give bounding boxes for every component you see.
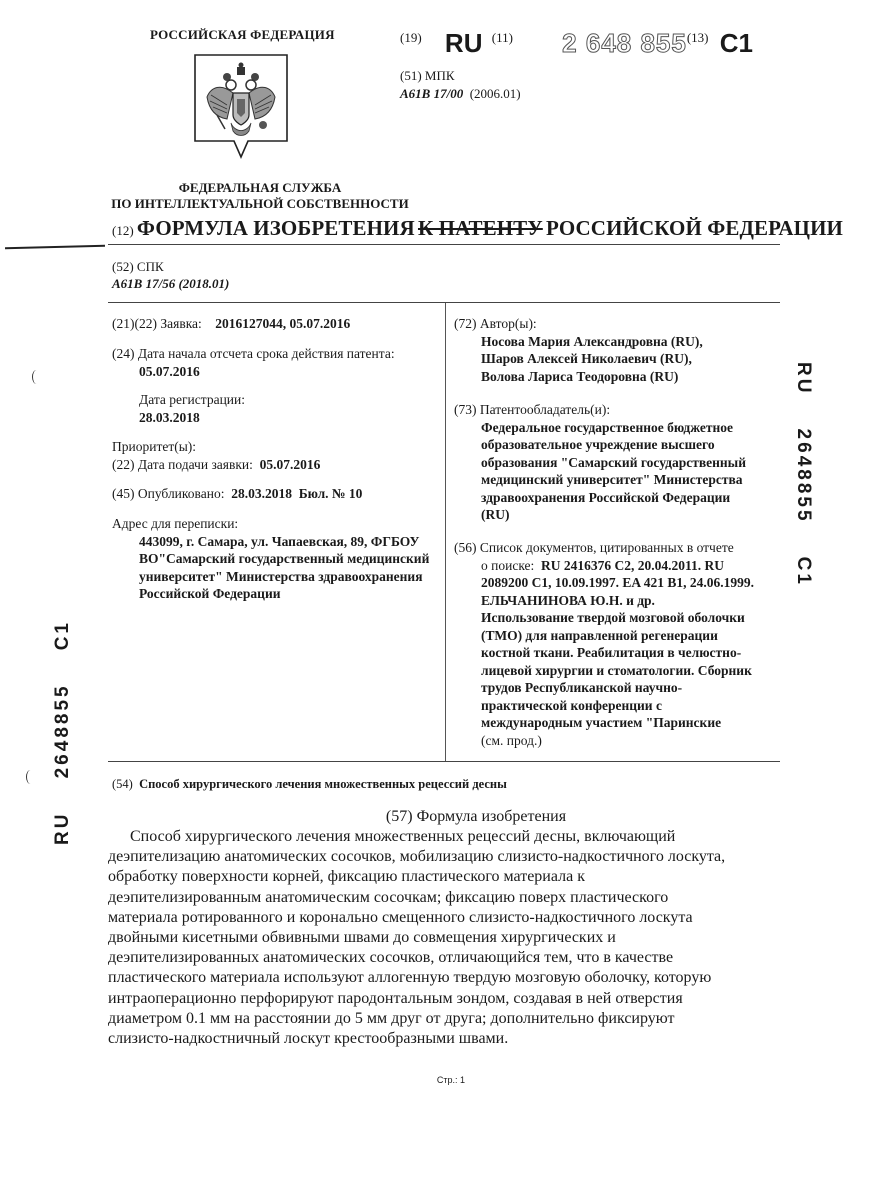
citation-line: международным участием "Паринские: [454, 714, 754, 732]
invention-title-text: Способ хирургического лечения множествен…: [139, 777, 507, 791]
code-19: (19): [400, 30, 422, 45]
coat-of-arms-icon: [193, 53, 289, 159]
claim-line: Способ хирургического лечения множествен…: [108, 827, 768, 847]
claim-line: материала ротированного и коронально сме…: [108, 908, 768, 928]
doc-type-part1: ФОРМУЛА ИЗОБРЕТЕНИЯ: [137, 216, 415, 240]
cpc-block: (52) СПК A61B 17/56 (2018.01): [112, 258, 229, 292]
citation-line: Использование твердой мозговой оболочки: [454, 609, 754, 627]
code-11: (11): [492, 30, 513, 45]
claim-line: двойными кисетными обвивными швами до со…: [108, 928, 768, 948]
page-number: Стр.: 1: [0, 1075, 872, 1085]
scan-artifact: [32, 370, 41, 384]
address-field: Адрес для переписки: 443099, г. Самара, …: [112, 515, 429, 603]
claim-line: интраоперационно перфорируют пародонталь…: [108, 989, 768, 1009]
divider: [108, 244, 780, 245]
patent-number-row: (19) RU (11) 2 648 855(13) C1: [400, 28, 753, 59]
country-name: РОССИЙСКАЯ ФЕДЕРАЦИЯ: [150, 27, 335, 43]
author-name: Волова Лариса Теодоровна (RU): [454, 368, 703, 386]
holder-line: образования "Самарский государственный: [454, 454, 746, 472]
claims-heading: (57) Формула изобретения: [0, 808, 872, 826]
scan-artifact-line: [5, 245, 105, 249]
citation-line: практической конференции с: [454, 697, 754, 715]
priority-value: 05.07.2016: [260, 457, 321, 472]
ipc-block: (51) МПК A61B 17/00 (2006.01): [400, 67, 521, 103]
citation-line: трудов Республиканской научно-: [454, 679, 754, 697]
term-start-field: (24) Дата начала отсчета срока действия …: [112, 345, 395, 380]
address-line: Российской Федерации: [112, 585, 429, 603]
claim-line: деэпителизированным анатомическим сосочк…: [108, 888, 768, 908]
application-field: (21)(22) Заявка: 2016127044, 05.07.2016: [112, 315, 350, 333]
claim-line: деэпителизацию анатомических сосочков, м…: [108, 847, 768, 867]
claim-line: пластического материала используют аллог…: [108, 968, 768, 988]
margin-patent-code-right: RU 2648855 C1: [792, 362, 814, 587]
application-value: 2016127044, 05.07.2016: [215, 316, 350, 331]
doc-type-part2: РОССИЙСКОЙ ФЕДЕРАЦИИ: [546, 216, 843, 240]
ipc-class: A61B 17/00: [400, 86, 463, 101]
citation-line: (ТМО) для направленной регенерации: [454, 627, 754, 645]
citation-line: 2089200 C1, 10.09.1997. EA 421 B1, 24.06…: [454, 574, 754, 592]
holder-field: (73) Патентообладатель(и): Федеральное г…: [454, 401, 746, 524]
claims-body: Способ хирургического лечения множествен…: [108, 827, 768, 1049]
author-name: Носова Мария Александровна (RU),: [454, 333, 703, 351]
claim-line: обработку поверхности корней, фиксацию п…: [108, 867, 768, 887]
citation-line: RU 2416376 C2, 20.04.2011. RU: [541, 558, 724, 573]
country-code: RU: [445, 28, 483, 58]
document-type: (12) ФОРМУЛА ИЗОБРЕТЕНИЯ К ПАТЕНТУ РОССИ…: [112, 216, 843, 241]
ipc-label: (51) МПК: [400, 67, 521, 85]
column-divider: [445, 303, 446, 761]
divider: [108, 302, 780, 303]
agency-name: ФЕДЕРАЛЬНАЯ СЛУЖБА ПО ИНТЕЛЛЕКТУАЛЬНОЙ С…: [95, 180, 425, 212]
address-line: университет" Министерства здравоохранени…: [112, 568, 429, 586]
published-field: (45) Опубликовано: 28.03.2018 Бюл. № 10: [112, 485, 362, 503]
holder-line: Федеральное государственное бюджетное: [454, 419, 746, 437]
term-start-value: 05.07.2016: [112, 363, 395, 381]
citation-line: костной ткани. Реабилитация в челюстно-: [454, 644, 754, 662]
holder-line: здравоохранения Российской Федерации: [454, 489, 746, 507]
agency-line-1: ФЕДЕРАЛЬНАЯ СЛУЖБА: [95, 180, 425, 196]
registration-field: Дата регистрации: 28.03.2018: [112, 391, 245, 426]
bulletin-value: Бюл. № 10: [299, 486, 363, 501]
margin-patent-code-left: RU 2648855 C1: [52, 620, 74, 845]
citation-line: лицевой хирургии и стоматологии. Сборник: [454, 662, 754, 680]
holder-line: образовательное учреждение высшего: [454, 436, 746, 454]
claim-line: деэпителизированных анатомических сосочк…: [108, 948, 768, 968]
cpc-label: (52) СПК: [112, 258, 229, 275]
address-line: ВО"Самарский государственный медицинский: [112, 550, 429, 568]
published-value: 28.03.2018: [231, 486, 292, 501]
scan-artifact: [26, 770, 35, 784]
priority-field: Приоритет(ы): (22) Дата подачи заявки: 0…: [112, 438, 320, 473]
citations-field: (56) Список документов, цитированных в о…: [454, 539, 754, 749]
invention-title: (54) Способ хирургического лечения множе…: [112, 777, 507, 792]
patent-number: 2 648 855: [562, 28, 687, 58]
authors-field: (72) Автор(ы): Носова Мария Александровн…: [454, 315, 703, 385]
kind-code: C1: [720, 28, 753, 58]
continued-note: (см. прод.): [454, 732, 754, 750]
ipc-version: (2006.01): [470, 86, 521, 101]
claim-line: диаметром 0.1 мм на расстоянии до 5 мм д…: [108, 1009, 768, 1029]
agency-line-2: ПО ИНТЕЛЛЕКТУАЛЬНОЙ СОБСТВЕННОСТИ: [95, 196, 425, 212]
code-13: (13): [687, 30, 709, 45]
address-line: 443099, г. Самара, ул. Чапаевская, 89, Ф…: [112, 533, 429, 551]
claim-line: слизисто-надкостничный лоскут крестообра…: [108, 1029, 768, 1049]
cpc-class: A61B 17/56 (2018.01): [112, 275, 229, 292]
doc-type-struck: К ПАТЕНТУ: [418, 216, 543, 240]
doc-type-code: (12): [112, 223, 134, 238]
author-name: Шаров Алексей Николаевич (RU),: [454, 350, 703, 368]
divider: [108, 761, 780, 762]
holder-line: медицинский университет" Министерства: [454, 471, 746, 489]
citation-line: ЕЛЬЧАНИНОВА Ю.Н. и др.: [454, 592, 754, 610]
registration-value: 28.03.2018: [112, 409, 245, 427]
holder-line: (RU): [454, 506, 746, 524]
